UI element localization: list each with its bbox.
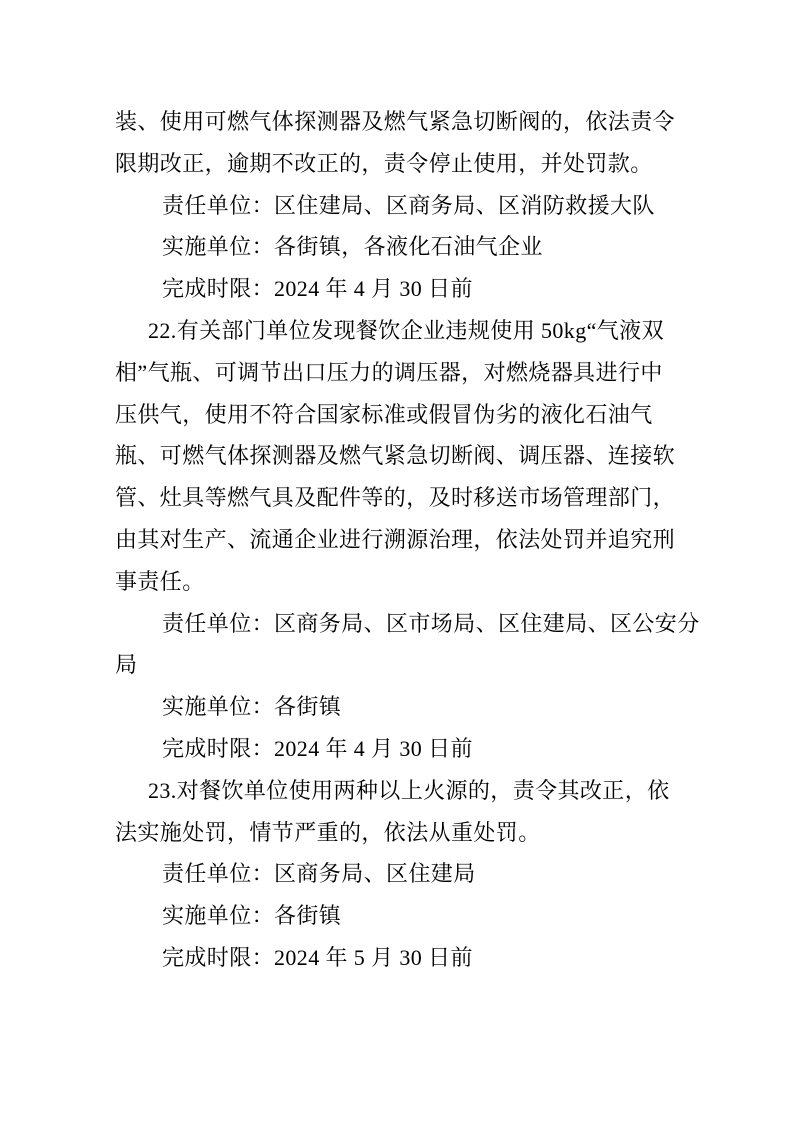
responsible-unit-line: 责任单位：区商务局、区住建局 <box>115 853 680 895</box>
text-line: 压供气，使用不符合国家标准或假冒伪劣的液化石油气 <box>115 394 680 436</box>
text-line: 装、使用可燃气体探测器及燃气紧急切断阀的，依法责令 <box>115 101 680 143</box>
responsible-unit-line: 责任单位：区商务局、区市场局、区住建局、区公安分 <box>115 603 680 645</box>
text-line: 由其对生产、流通企业进行溯源治理，依法处罚并追究刑 <box>115 519 680 561</box>
implementing-unit-line: 实施单位：各街镇 <box>115 686 680 728</box>
deadline-line: 完成时限：2024 年 4 月 30 日前 <box>115 728 680 770</box>
deadline-line: 完成时限：2024 年 5 月 30 日前 <box>115 937 680 979</box>
text-line: 事责任。 <box>115 561 680 603</box>
implementing-unit-line: 实施单位：各街镇，各液化石油气企业 <box>115 226 680 268</box>
text-line: 法实施处罚，情节严重的，依法从重处罚。 <box>115 812 680 854</box>
item-23-first-line: 23.对餐饮单位使用两种以上火源的，责令其改正，依 <box>115 770 680 812</box>
document-text-block: 装、使用可燃气体探测器及燃气紧急切断阀的，依法责令 限期改正，逾期不改正的，责令… <box>115 101 680 979</box>
text-line: 限期改正，逾期不改正的，责令停止使用，并处罚款。 <box>115 143 680 185</box>
text-line: 瓶、可燃气体探测器及燃气紧急切断阀、调压器、连接软 <box>115 435 680 477</box>
text-line: 局 <box>115 644 680 686</box>
document-page: 装、使用可燃气体探测器及燃气紧急切断阀的，依法责令 限期改正，逾期不改正的，责令… <box>0 0 793 1122</box>
text-line: 管、灶具等燃气具及配件等的，及时移送市场管理部门， <box>115 477 680 519</box>
deadline-line: 完成时限：2024 年 4 月 30 日前 <box>115 268 680 310</box>
text-line: 相”气瓶、可调节出口压力的调压器，对燃烧器具进行中 <box>115 352 680 394</box>
responsible-unit-line: 责任单位：区住建局、区商务局、区消防救援大队 <box>115 185 680 227</box>
item-22-first-line: 22.有关部门单位发现餐饮企业违规使用 50kg“气液双 <box>115 310 680 352</box>
implementing-unit-line: 实施单位：各街镇 <box>115 895 680 937</box>
